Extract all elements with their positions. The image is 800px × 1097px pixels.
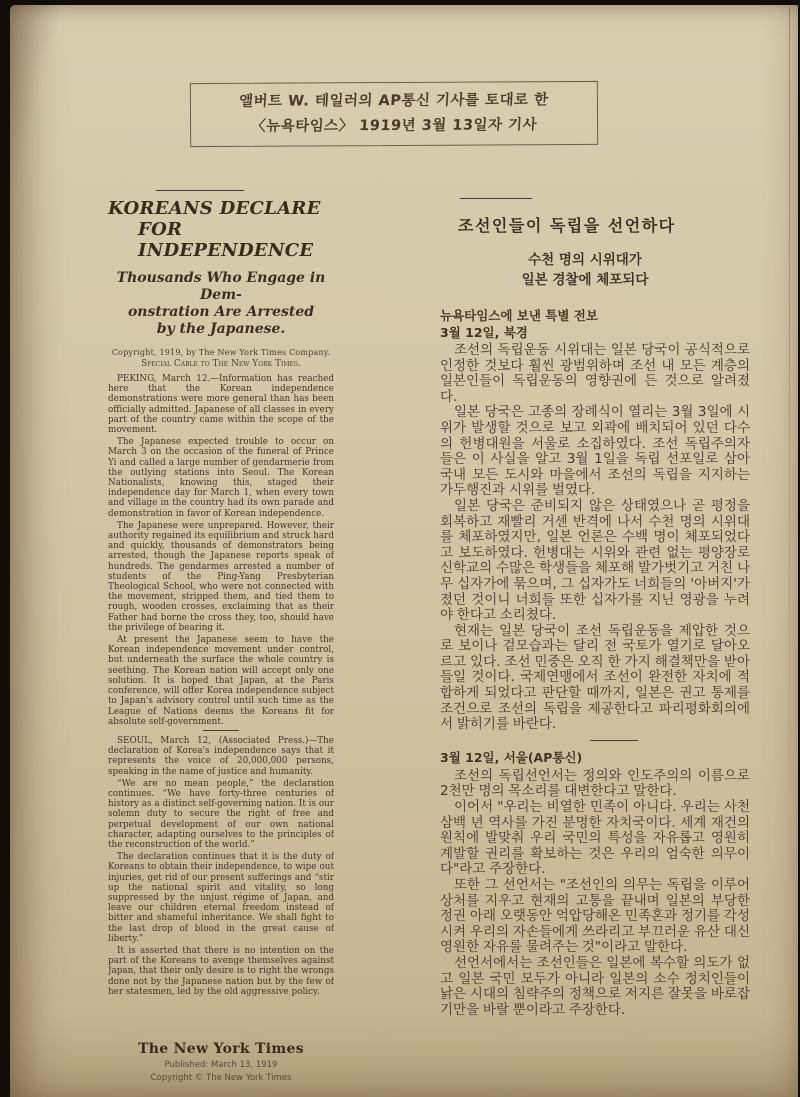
korean-body: 조선의 독립운동 시위대는 일본 당국이 공식적으로 인정한 것보다 훨씬 광범… xyxy=(440,343,750,1018)
korean-dateline-peking: 뉴욕타임스에 보낸 특별 전보3월 12일, 북경 xyxy=(440,308,750,341)
korean-paragraph: 일본 당국은 고종의 장례식이 열리는 3월 3일에 시위가 발생할 것으로 보… xyxy=(440,405,750,499)
published-line: Published: March 13, 1919 xyxy=(108,1060,334,1071)
subhead-line: by the Japanese. xyxy=(108,321,334,338)
korean-paragraph: 이어서 "우리는 비열한 민족이 아니다. 우리는 사천 삼백 년 역사를 가진… xyxy=(440,800,750,878)
korean-paragraph: 일본 당국은 준비되지 않은 상태였으나 곧 평정을 회복하고 재빨리 거센 반… xyxy=(440,499,750,624)
korean-subhead: 수천 명의 시위대가일본 경찰에 체포되다 xyxy=(480,250,690,290)
english-section-seoul: SEOUL, March 12, (Associated Press.)—The… xyxy=(108,736,334,997)
english-section-peking: PEKING, March 12.—Information has reache… xyxy=(108,374,334,727)
note-box-line1: 앨버트 W. 테일러의 AP통신 기사를 토대로 한 xyxy=(238,88,549,115)
subhead-line: 수천 명의 시위대가 xyxy=(480,250,690,270)
section-divider xyxy=(590,740,638,741)
cable-credit-line: Special Cable to The New York Times. xyxy=(108,358,334,370)
subhead-line: onstration Are Arrested xyxy=(108,304,334,321)
dateline-line: 3월 12일, 북경 xyxy=(440,325,750,342)
subhead-line: 일본 경찰에 체포되다 xyxy=(480,270,690,290)
korean-paragraph: 또한 그 선언서는 "조선인의 의무는 독립을 이루어 상처를 지우고 현재의 … xyxy=(440,878,750,956)
footer-copyright-line: Copyright © The New York Times xyxy=(108,1073,334,1084)
english-paragraph: At present the Japanese seem to have the… xyxy=(108,635,334,727)
english-article: KOREANS DECLARE FOR INDEPENDENCE Thousan… xyxy=(108,190,334,1084)
korean-article: 조선인들이 독립을 선언하다 수천 명의 시위대가일본 경찰에 체포되다 뉴욕타… xyxy=(440,190,750,1018)
english-paragraph: SEOUL, March 12, (Associated Press.)—The… xyxy=(108,736,334,777)
korean-headline: 조선인들이 독립을 선언하다 xyxy=(440,213,750,236)
note-box: 앨버트 W. 테일러의 AP통신 기사를 토대로 한 〈뉴욕타임스〉 1919년… xyxy=(190,81,598,147)
korean-paragraph: 현재는 일본 당국이 조선 독립운동을 제압한 것으로 보이나 겉모습과는 달리… xyxy=(440,624,750,733)
english-paragraph: The Japanese expected trouble to occur o… xyxy=(108,437,334,519)
english-paragraph: It is asserted that there is no intentio… xyxy=(108,946,334,997)
english-body: PEKING, March 12.—Information has reache… xyxy=(108,374,334,1029)
headline-rule xyxy=(156,190,244,191)
headline-rule xyxy=(460,198,532,199)
subhead-line: Thousands Who Engage in Dem- xyxy=(108,270,334,304)
copyright-line: Copyright, 1919, by The New York Times C… xyxy=(108,348,334,358)
korean-paragraph: 조선의 독립선언서는 정의와 인도주의의 이름으로 2천만 명의 목소리를 대변… xyxy=(440,769,750,800)
scanned-page: 앨버트 W. 테일러의 AP통신 기사를 토대로 한 〈뉴욕타임스〉 1919년… xyxy=(10,5,798,1097)
english-headline: KOREANS DECLARE FOR INDEPENDENCE xyxy=(108,198,334,261)
dateline-line: 뉴욕타임스에 보낸 특별 전보 xyxy=(440,308,750,325)
section-divider xyxy=(203,730,239,731)
note-box-line2: 〈뉴욕타임스〉 1919년 3월 13일자 기사 xyxy=(250,113,538,140)
nyt-masthead-logo: The New York Times xyxy=(108,1041,334,1058)
english-subhead: Thousands Who Engage in Dem-onstration A… xyxy=(108,270,334,338)
english-paragraph: “We are no mean people,” the declaration… xyxy=(108,779,334,850)
korean-section-seoul: 조선의 독립선언서는 정의와 인도주의의 이름으로 2천만 명의 목소리를 대변… xyxy=(440,769,750,1019)
korean-dateline-seoul: 3월 12일, 서울(AP통신) xyxy=(440,749,750,767)
korean-paragraph: 조선의 독립운동 시위대는 일본 당국이 공식적으로 인정한 것보다 훨씬 광범… xyxy=(440,343,750,405)
english-paragraph: The declaration continues that it is the… xyxy=(108,852,334,944)
korean-paragraph: 선언서에서는 조선인들은 일본에 복수할 의도가 없고 일본 국민 모두가 아니… xyxy=(440,956,750,1018)
book-page-scan: { "colors": { "paper": "#d2c6a8", "ink":… xyxy=(0,0,800,1097)
headline-line-2: FOR INDEPENDENCE xyxy=(108,219,334,261)
english-paragraph: PEKING, March 12.—Information has reache… xyxy=(108,374,334,435)
english-paragraph: The Japanese were unprepared. However, t… xyxy=(108,521,334,633)
headline-line-1: KOREANS DECLARE xyxy=(108,198,334,219)
nyt-footer: The New York Times Published: March 13, … xyxy=(108,1041,334,1084)
korean-section-peking: 조선의 독립운동 시위대는 일본 당국이 공식적으로 인정한 것보다 훨씬 광범… xyxy=(440,343,750,733)
